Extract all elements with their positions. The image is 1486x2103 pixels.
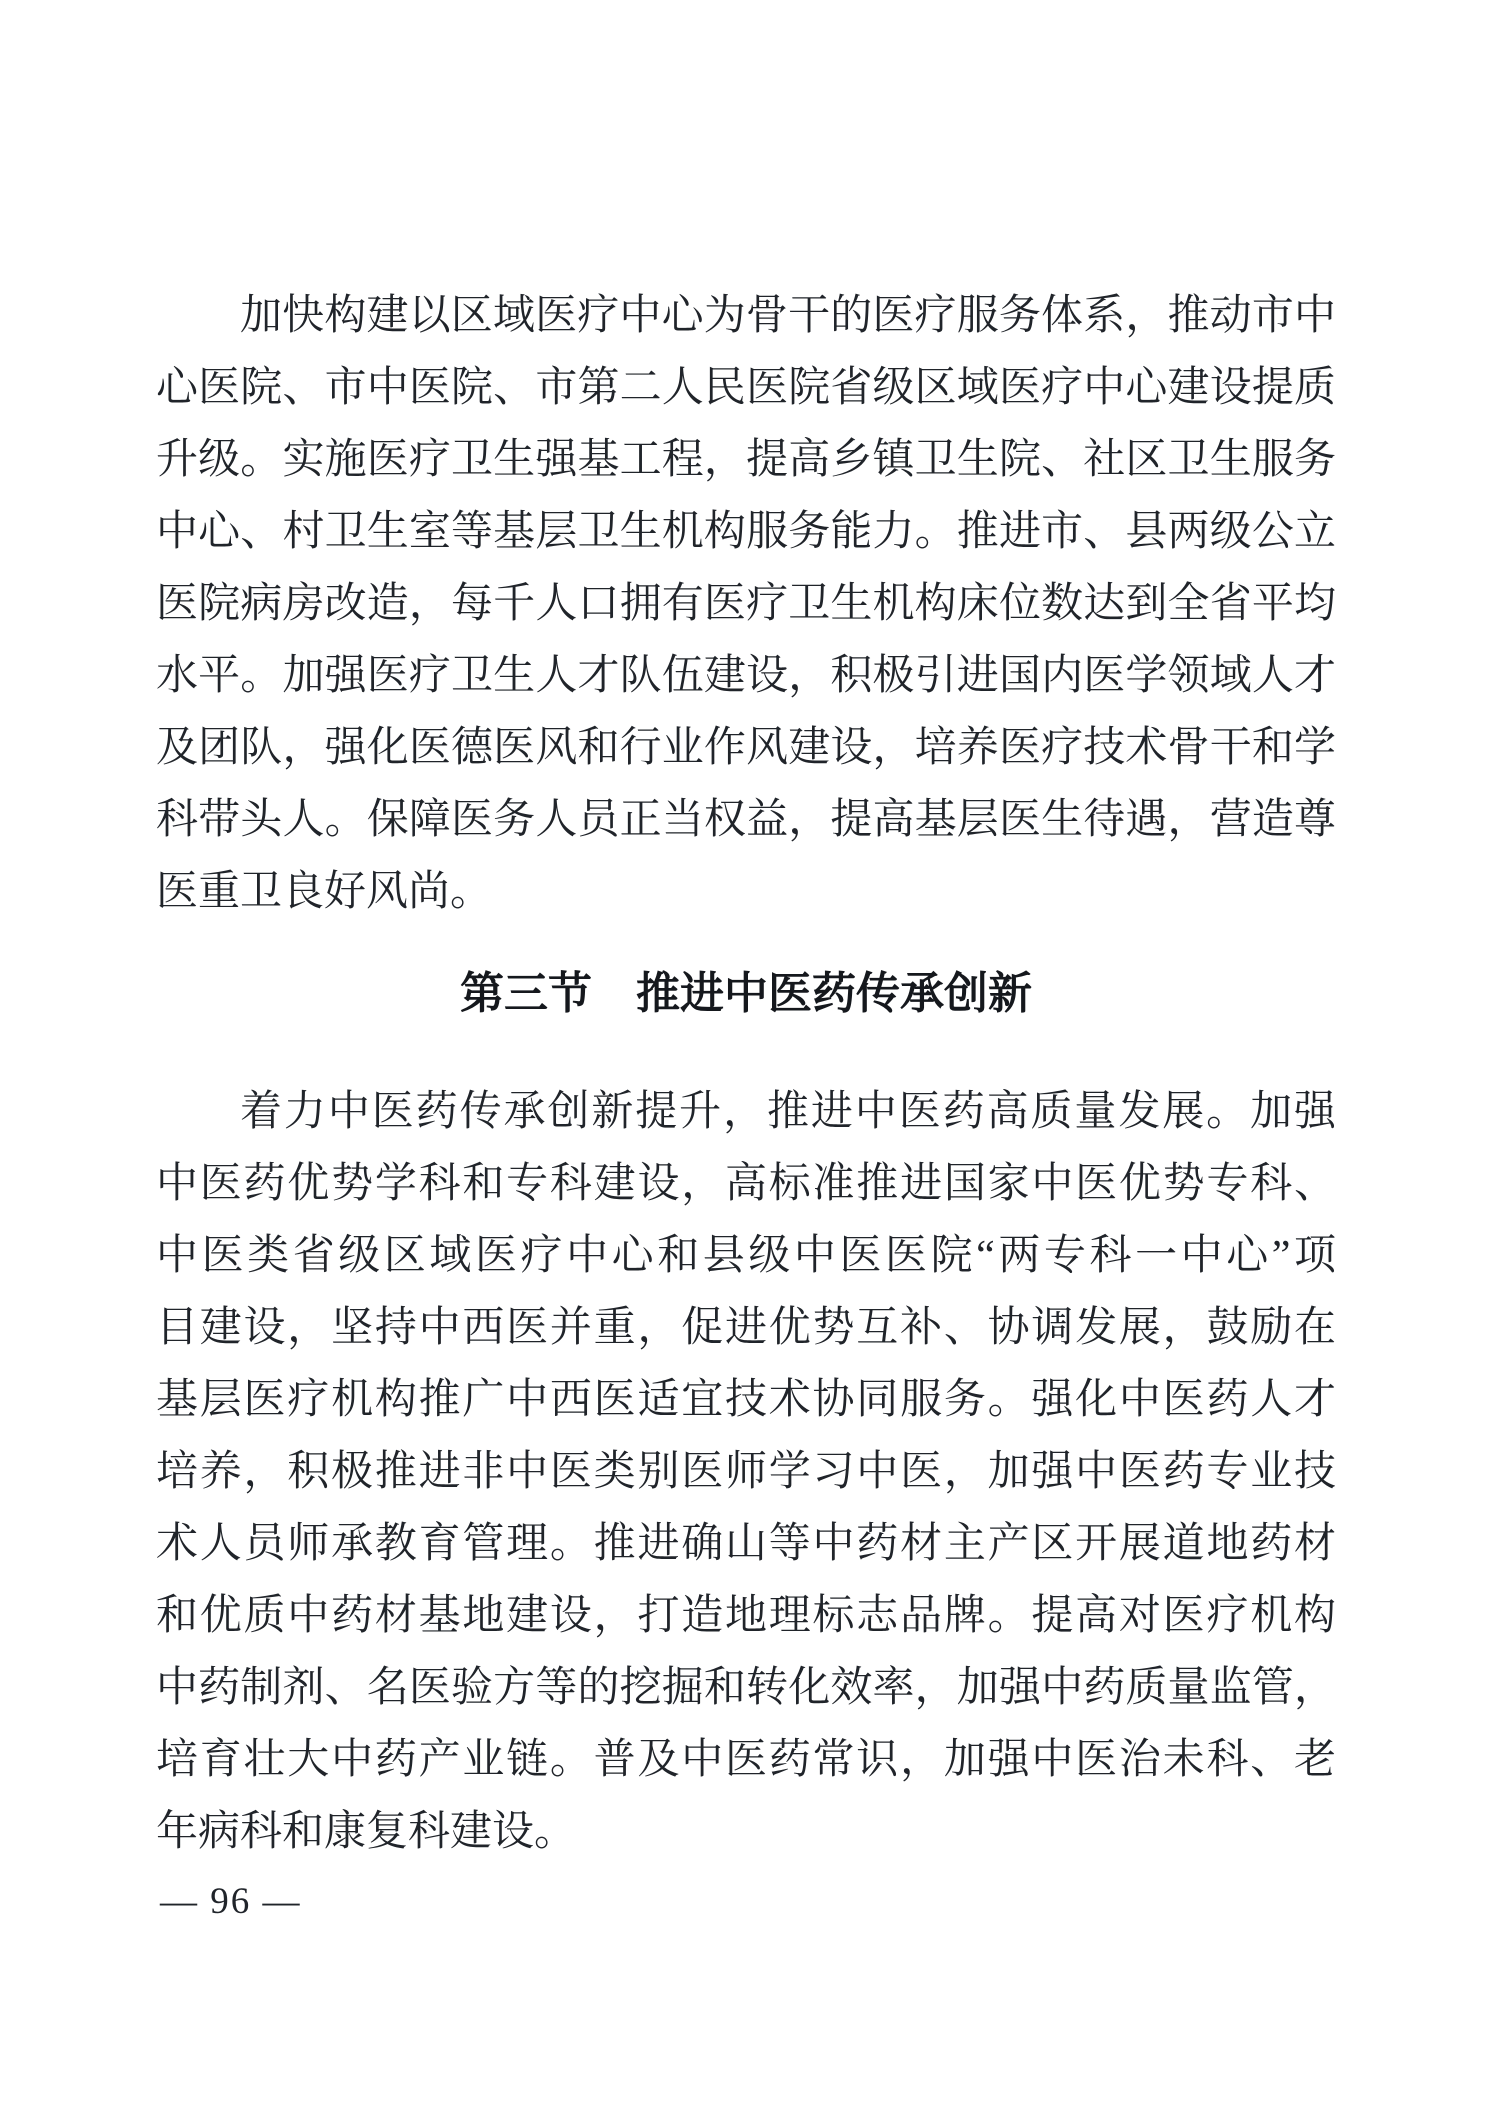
text-line: 医院病房改造，每千人口拥有医疗卫生机构床位数达到全省平均	[156, 568, 1336, 640]
text-line: 基层医疗机构推广中西医适宜技术协同服务。强化中医药人才	[156, 1364, 1336, 1436]
document-page: 加快构建以区域医疗中心为骨干的医疗服务体系，推动市中心医院、市中医院、市第二人民…	[0, 0, 1486, 2103]
page-content: 加快构建以区域医疗中心为骨干的医疗服务体系，推动市中心医院、市中医院、市第二人民…	[156, 280, 1336, 1868]
text-line: 及团队，强化医德医风和行业作风建设，培养医疗技术骨干和学	[156, 712, 1336, 784]
section-heading-label: 第三节	[460, 969, 592, 1018]
text-line: 培养，积极推进非中医类别医师学习中医，加强中医药专业技	[156, 1436, 1336, 1508]
paragraph-2: 着力中医药传承创新提升，推进中医药高质量发展。加强中医药优势学科和专科建设，高标…	[156, 1076, 1336, 1868]
section-heading: 第三节推进中医药传承创新	[156, 958, 1336, 1030]
page-number: — 96 —	[160, 1880, 302, 1924]
text-line: 医重卫良好风尚。	[156, 856, 1336, 928]
text-line: 水平。加强医疗卫生人才队伍建设，积极引进国内医学领域人才	[156, 640, 1336, 712]
text-line: 和优质中药材基地建设，打造地理标志品牌。提高对医疗机构	[156, 1580, 1336, 1652]
text-line: 着力中医药传承创新提升，推进中医药高质量发展。加强	[156, 1076, 1336, 1148]
text-line: 目建设，坚持中西医并重，促进优势互补、协调发展，鼓励在	[156, 1292, 1336, 1364]
text-line: 中药制剂、名医验方等的挖掘和转化效率，加强中药质量监管，	[156, 1652, 1336, 1724]
text-line: 中心、村卫生室等基层卫生机构服务能力。推进市、县两级公立	[156, 496, 1336, 568]
text-line: 心医院、市中医院、市第二人民医院省级区域医疗中心建设提质	[156, 352, 1336, 424]
text-line: 加快构建以区域医疗中心为骨干的医疗服务体系，推动市中	[156, 280, 1336, 352]
text-line: 术人员师承教育管理。推进确山等中药材主产区开展道地药材	[156, 1508, 1336, 1580]
paragraph-1: 加快构建以区域医疗中心为骨干的医疗服务体系，推动市中心医院、市中医院、市第二人民…	[156, 280, 1336, 928]
text-line: 科带头人。保障医务人员正当权益，提高基层医生待遇，营造尊	[156, 784, 1336, 856]
text-line: 中医药优势学科和专科建设，高标准推进国家中医优势专科、	[156, 1148, 1336, 1220]
text-line: 培育壮大中药产业链。普及中医药常识，加强中医治未科、老	[156, 1724, 1336, 1796]
text-line: 升级。实施医疗卫生强基工程，提高乡镇卫生院、社区卫生服务	[156, 424, 1336, 496]
text-line: 中医类省级区域医疗中心和县级中医医院“两专科一中心”项	[156, 1220, 1336, 1292]
text-line: 年病科和康复科建设。	[156, 1796, 1336, 1868]
section-heading-title: 推进中医药传承创新	[636, 969, 1032, 1018]
